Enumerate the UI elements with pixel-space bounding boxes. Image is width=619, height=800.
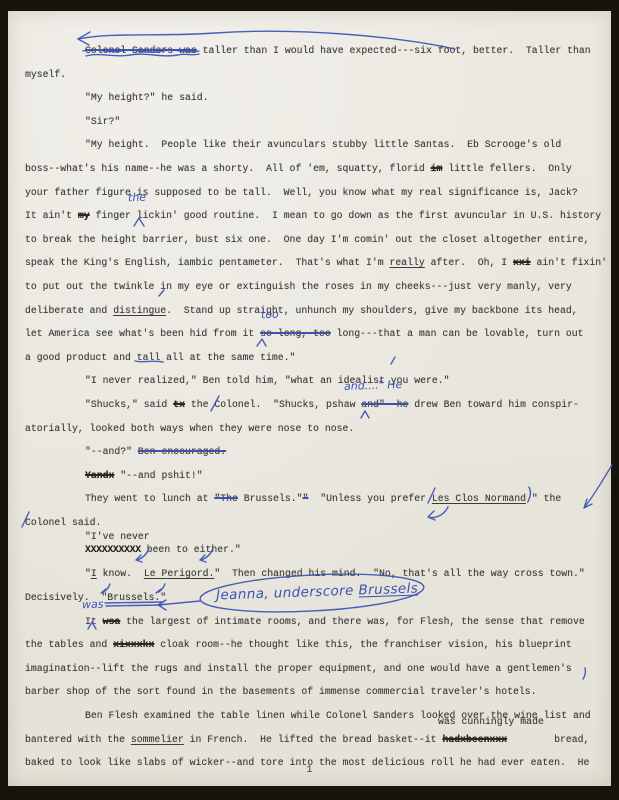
typed-text-xout: Yandx <box>85 470 114 481</box>
typescript-line: Colonel Sanders was taller than I would … <box>25 44 617 68</box>
manuscript-scan: Colonel Sanders was taller than I would … <box>0 0 619 800</box>
typed-text-xout: xixxxkx <box>113 639 154 650</box>
handwritten-insertion-was: was <box>82 598 104 612</box>
typescript-lines: Colonel Sanders was taller than I would … <box>25 44 617 780</box>
typescript-line: a good product and tall all at the same … <box>25 351 617 375</box>
typed-text-u: distingue <box>113 305 166 316</box>
typed-text: "Shucks," said <box>85 399 173 410</box>
typed-text: your father figure is supposed to be tal… <box>25 187 578 198</box>
typed-text: barber shop of the sort found in the bas… <box>25 686 536 697</box>
typed-text: atorially, looked both ways when they we… <box>25 423 354 434</box>
typed-text-xout: xxi <box>513 257 531 268</box>
typed-text: It <box>85 616 103 627</box>
page-number: 1 <box>0 764 619 775</box>
typed-text: They went to lunch at <box>85 493 214 504</box>
handwritten-insertion-and-he: and...." He <box>344 378 403 393</box>
typed-text-xover: XXXXXXXXXX <box>85 544 141 555</box>
typed-text: "Unless you prefer <box>308 493 431 504</box>
typed-text: "My height. People like their avunculars… <box>85 139 561 150</box>
typed-text: ," the <box>526 493 561 504</box>
typescript-line: Colonel said. <box>25 516 617 530</box>
typescript-line: bantered with the sommelier in French. H… <box>25 733 617 757</box>
typescript-line: "I never realized," Ben told him, "what … <box>25 374 617 398</box>
typed-text: bread, <box>507 734 589 745</box>
typed-text: Colonel said. <box>25 517 101 528</box>
typed-text: speak the King's English, iambic pentame… <box>25 257 390 268</box>
typed-text: little fellers. Only <box>442 163 571 174</box>
typescript-line: "My height. People like their avunculars… <box>25 138 617 162</box>
typed-text-strike: so long, too <box>260 328 331 339</box>
typed-text: bantered with the <box>25 734 131 745</box>
typed-text: Brussels." <box>238 493 303 504</box>
typescript-line: "Sir?" <box>25 115 617 139</box>
typescript-line: speak the King's English, iambic pentame… <box>25 256 617 280</box>
typed-text-xout: im <box>431 163 443 174</box>
typed-text-strike: and"--he <box>361 399 408 410</box>
typescript-line: imagination--lift the rugs and install t… <box>25 662 617 686</box>
typed-text: "--and?" <box>85 446 138 457</box>
typed-text: drew Ben toward him conspir- <box>408 399 579 410</box>
typed-text: It ain't <box>25 210 78 221</box>
typescript-line: to put out the twinkle in my eye or exti… <box>25 280 617 304</box>
typed-interline-insertion: was cunningly made <box>438 716 544 727</box>
typed-text: "Sir?" <box>85 116 120 127</box>
typescript-line: XXXXXXXXXX been to either." <box>25 543 617 567</box>
typed-text: the Colonel. "Shucks, pshaw <box>185 399 361 410</box>
typed-text: in French. He lifted the bread basket--i… <box>184 734 443 745</box>
typescript-line: "Shucks," said tx the Colonel. "Shucks, … <box>25 398 617 422</box>
typed-text-strike: "The <box>214 493 238 504</box>
typed-text-u: really <box>390 257 425 268</box>
manuscript-page: Colonel Sanders was taller than I would … <box>8 11 611 786</box>
handwritten-insertion-too: too <box>261 308 279 322</box>
typed-text-u: Le Perigord. <box>144 568 215 579</box>
typed-text: " Then changed his mind. "No, that's all… <box>214 568 584 579</box>
typescript-line: It wsa the largest of intimate rooms, an… <box>25 615 617 639</box>
typed-text: deliberate and <box>25 305 113 316</box>
typescript-line: They went to lunch at "The Brussels."" "… <box>25 492 617 516</box>
typed-text-xout: my <box>78 210 90 221</box>
typed-text-xout: hadxbeenxxx <box>442 734 507 745</box>
typed-text-strike: Ben encouraged. <box>138 446 226 457</box>
typescript-line: Yandx "--and pshit!" <box>25 469 617 493</box>
typed-text: to break the height barrier, bust six on… <box>25 234 589 245</box>
typed-text: a good product and tall all at the same … <box>25 352 295 363</box>
typed-text: taller than I would have expected---six … <box>197 45 591 56</box>
typed-text-u: sommelier <box>131 734 184 745</box>
typed-text: ain't fixin' <box>531 257 607 268</box>
typescript-line: "My height?" he said. <box>25 91 617 115</box>
typed-text: the largest of intimate rooms, and there… <box>120 616 584 627</box>
typescript-line: your father figure is supposed to be tal… <box>25 186 617 210</box>
typescript-line: "I've never <box>25 530 617 544</box>
typed-text: finger lickin' good routine. I mean to g… <box>90 210 601 221</box>
typescript-line: barber shop of the sort found in the bas… <box>25 685 617 709</box>
typescript-line: let America see what's been hid from it … <box>25 327 617 351</box>
typed-text: "I've never <box>85 531 150 542</box>
typescript-line: atorially, looked both ways when they we… <box>25 422 617 446</box>
typed-text: "My height?" he said. <box>85 92 208 103</box>
typescript-line: It ain't my finger lickin' good routine.… <box>25 209 617 233</box>
typed-text: long---that a man can be lovable, turn o… <box>331 328 584 339</box>
typescript-line: myself. <box>25 68 617 92</box>
typed-text-xout: wsa <box>103 616 121 627</box>
typescript-line: to break the height barrier, bust six on… <box>25 233 617 257</box>
typescript-line: boss--what's his name--he was a shorty. … <box>25 162 617 186</box>
typed-text-u: Les Clos Normand <box>432 493 526 504</box>
typescript-line: the tables and xixxxkx cloak room--he th… <box>25 638 617 662</box>
typed-text: cloak room--he thought like this, the fr… <box>154 639 571 650</box>
typed-text: to put out the twinkle in my eye or exti… <box>25 281 572 292</box>
typescript-line: "--and?" Ben encouraged. <box>25 445 617 469</box>
typescript-line: deliberate and distingue. Stand up strai… <box>25 304 617 328</box>
typed-text: let America see what's been hid from it <box>25 328 260 339</box>
typed-text: imagination--lift the rugs and install t… <box>25 663 572 674</box>
typed-text: the tables and <box>25 639 113 650</box>
typed-text: boss--what's his name--he was a shorty. … <box>25 163 431 174</box>
typed-text-xout: tx <box>173 399 185 410</box>
typed-text: . Stand up straight, unhunch my shoulder… <box>166 305 578 316</box>
typed-text: know. <box>97 568 144 579</box>
typed-text: "--and pshit!" <box>114 470 202 481</box>
note-brussels-underlined: Brussels <box>358 580 418 598</box>
handwritten-insertion-the: the <box>128 191 147 205</box>
typed-text-strike: Colonel Sanders was <box>85 45 197 56</box>
typed-text: been to either." <box>141 544 241 555</box>
typed-text: myself. <box>25 69 66 80</box>
typed-text: after. Oh, I <box>425 257 513 268</box>
